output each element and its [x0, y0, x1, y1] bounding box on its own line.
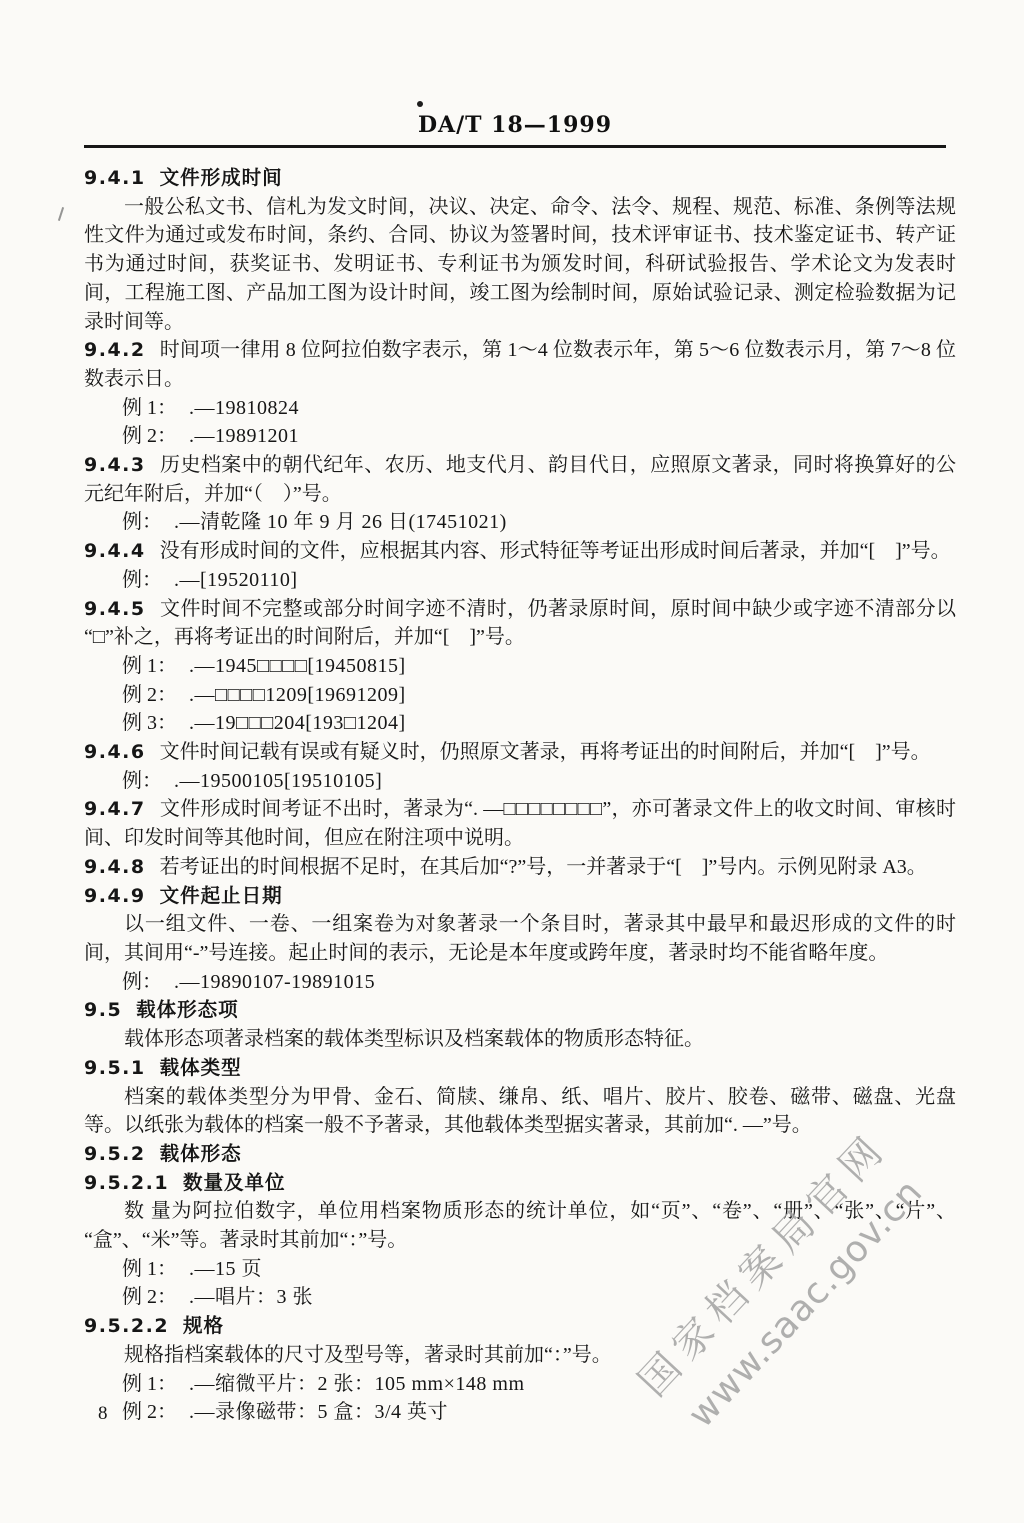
example-line: 例：.—19500105[19510105] [84, 767, 956, 796]
clause: 9.4.5文件时间不完整或部分时间字迹不清时，仍著录原时间，原时间中缺少或字迹不… [84, 595, 956, 652]
example-text: .—缩微平片：2 张：105 mm×148 mm [189, 1373, 525, 1395]
scan-artifact-dot [417, 101, 423, 107]
example-line: 例 2：.—录像磁带：5 盒：3/4 英寸 [84, 1398, 956, 1427]
example-label: 例： [122, 569, 162, 591]
clause-number: 9.4.9 [84, 885, 146, 907]
document-page: DA/T 18—1999 9.4.1文件形成时间一般公私文书、信札为发文时间，决… [0, 0, 1024, 1523]
scan-artifact-mark [58, 207, 64, 221]
example-line: 例 1：.—19810824 [84, 394, 956, 423]
clause-text: 文件形成时间考证不出时，著录为“. —□□□□□□□□”，亦可著录文件上的收文时… [84, 798, 956, 849]
example-line: 例 2：.—唱片：3 张 [84, 1283, 956, 1312]
clause-heading: 9.5.2.2规格 [84, 1312, 956, 1341]
clause-number: 9.4.8 [84, 856, 146, 878]
clause-number: 9.5 [84, 999, 122, 1021]
header-rule [84, 145, 946, 148]
clause-heading: 9.5.2载体形态 [84, 1140, 956, 1169]
example-text: .—1945□□□□[19450815] [189, 655, 406, 677]
clause-number: 9.4.5 [84, 598, 146, 620]
clause-title: 载体形态项 [136, 998, 239, 1021]
example-label: 例 2： [122, 684, 177, 706]
clause: 9.4.6文件时间记载有误或有疑义时，仍照原文著录，再将考证出的时间附后，并加“… [84, 738, 956, 767]
example-label: 例： [122, 971, 162, 993]
example-label: 例 1： [122, 1373, 177, 1395]
paragraph: 载体形态项著录档案的载体类型标识及档案载体的物质形态特征。 [84, 1025, 956, 1054]
example-text: .—19□□□204[193□1204] [189, 712, 406, 734]
example-text: .—□□□□1209[19691209] [189, 684, 406, 706]
document-body: 9.4.1文件形成时间一般公私文书、信札为发文时间，决议、决定、命令、法令、规程… [84, 164, 956, 1427]
example-label: 例 2： [122, 1286, 177, 1308]
clause-title: 文件形成时间 [160, 166, 283, 189]
example-text: .—15 页 [189, 1258, 262, 1280]
paragraph: 数 量为阿拉伯数字，单位用档案物质形态的统计单位，如“页”、“卷”、“册”、“张… [84, 1197, 956, 1254]
example-text: .—录像磁带：5 盒：3/4 英寸 [189, 1401, 448, 1423]
clause-text: 若考证出的时间根据不足时，在其后加“?”号，一并著录于“[ ]”号内。示例见附录… [160, 856, 927, 878]
clause-number: 9.4.1 [84, 167, 146, 189]
example-text: .—唱片：3 张 [189, 1286, 313, 1308]
example-label: 例： [122, 770, 162, 792]
clause: 9.4.8若考证出的时间根据不足时，在其后加“?”号，一并著录于“[ ]”号内。… [84, 853, 956, 882]
paragraph: 档案的载体类型分为甲骨、金石、简牍、缣帛、纸、唱片、胶片、胶卷、磁带、磁盘、光盘… [84, 1083, 956, 1140]
clause-heading: 9.5.1载体类型 [84, 1054, 956, 1083]
clause-number: 9.4.2 [84, 339, 146, 361]
clause: 9.4.4没有形成时间的文件，应根据其内容、形式特征等考证出形成时间后著录，并加… [84, 537, 956, 566]
clause-title: 载体类型 [160, 1056, 242, 1079]
paragraph: 规格指档案载体的尺寸及型号等，著录时其前加“：”号。 [84, 1341, 956, 1370]
clause-title: 规格 [183, 1314, 224, 1337]
clause-number: 9.4.7 [84, 798, 146, 820]
clause-number: 9.5.1 [84, 1057, 146, 1079]
page-header: DA/T 18—1999 [84, 112, 946, 148]
clause-number: 9.4.4 [84, 540, 146, 562]
paragraph: 一般公私文书、信札为发文时间，决议、决定、命令、法令、规程、规范、标准、条例等法… [84, 193, 956, 337]
example-label: 例 2： [122, 1401, 177, 1423]
example-label: 例 1： [122, 655, 177, 677]
clause-number: 9.5.2.2 [84, 1315, 169, 1337]
clause-number: 9.5.2.1 [84, 1172, 169, 1194]
example-line: 例 1：.—1945□□□□[19450815] [84, 652, 956, 681]
example-text: .—19810824 [189, 397, 299, 419]
example-text: .—19890107-19891015 [174, 971, 375, 993]
example-label: 例 3： [122, 712, 177, 734]
clause-text: 文件时间记载有误或有疑义时，仍照原文著录，再将考证出的时间附后，并加“[ ]”号… [160, 741, 931, 763]
clause: 9.4.3历史档案中的朝代纪年、农历、地支代月、韵目代日，应照原文著录，同时将换… [84, 451, 956, 508]
example-line: 例：.—[19520110] [84, 566, 956, 595]
example-label: 例 1： [122, 1258, 177, 1280]
clause-heading: 9.5载体形态项 [84, 996, 956, 1025]
example-text: .—19891201 [189, 425, 299, 447]
clause-text: 历史档案中的朝代纪年、农历、地支代月、韵目代日，应照原文著录，同时将换算好的公元… [84, 454, 956, 505]
example-text: .—清乾隆 10 年 9 月 26 日(17451021) [174, 511, 507, 533]
example-line: 例 2：.—19891201 [84, 422, 956, 451]
example-text: .—[19520110] [174, 569, 298, 591]
example-label: 例 1： [122, 397, 177, 419]
example-line: 例 1：.—15 页 [84, 1255, 956, 1284]
clause-title: 载体形态 [160, 1142, 242, 1165]
example-line: 例：.—19890107-19891015 [84, 968, 956, 997]
clause: 9.4.2时间项一律用 8 位阿拉伯数字表示，第 1～4 位数表示年，第 5～6… [84, 336, 956, 393]
example-line: 例 2：.—□□□□1209[19691209] [84, 681, 956, 710]
clause-number: 9.4.6 [84, 741, 146, 763]
example-line: 例 1：.—缩微平片：2 张：105 mm×148 mm [84, 1370, 956, 1399]
page-number: 8 [98, 1403, 108, 1425]
clause-text: 文件时间不完整或部分时间字迹不清时，仍著录原时间，原时间中缺少或字迹不清部分以“… [84, 598, 956, 649]
clause: 9.4.7文件形成时间考证不出时，著录为“. —□□□□□□□□”，亦可著录文件… [84, 795, 956, 852]
clause-title: 数量及单位 [183, 1171, 286, 1194]
clause-number: 9.4.3 [84, 454, 146, 476]
example-text: .—19500105[19510105] [174, 770, 382, 792]
clause-heading: 9.4.9文件起止日期 [84, 882, 956, 911]
paragraph: 以一组文件、一卷、一组案卷为对象著录一个条目时，著录其中最早和最迟形成的文件的时… [84, 910, 956, 967]
clause-text: 没有形成时间的文件，应根据其内容、形式特征等考证出形成时间后著录，并加“[ ]”… [160, 540, 951, 562]
example-label: 例： [122, 511, 162, 533]
standard-number: DA/T 18—1999 [84, 112, 946, 138]
clause-title: 文件起止日期 [160, 884, 283, 907]
clause-heading: 9.5.2.1数量及单位 [84, 1169, 956, 1198]
example-line: 例：.—清乾隆 10 年 9 月 26 日(17451021) [84, 508, 956, 537]
clause-heading: 9.4.1文件形成时间 [84, 164, 956, 193]
example-label: 例 2： [122, 425, 177, 447]
clause-text: 时间项一律用 8 位阿拉伯数字表示，第 1～4 位数表示年，第 5～6 位数表示… [84, 339, 956, 390]
example-line: 例 3：.—19□□□204[193□1204] [84, 709, 956, 738]
clause-number: 9.5.2 [84, 1143, 146, 1165]
